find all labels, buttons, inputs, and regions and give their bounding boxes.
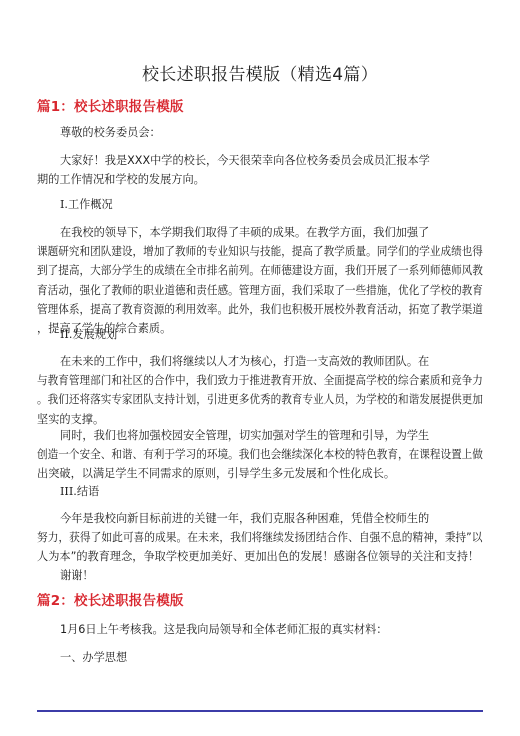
- paragraph-line: 课题研究和团队建设，增加了教师的专业知识与技能，提高了教学质量。同学们的学业成绩…: [37, 242, 460, 261]
- subheading-text: 一、办学思想: [37, 648, 483, 667]
- closing-thanks: 谢谢！: [37, 566, 483, 585]
- document-page: 校长述职报告模版（精选4篇） 篇1：校长述职报告模版 尊敬的校务委员会： 大家好…: [0, 0, 520, 736]
- document-title: 校长述职报告模版（精选4篇）: [0, 64, 520, 86]
- paragraph-line: 同时，我们也将加强校园安全管理，切实加强对学生的管理和引导，为学生: [37, 426, 483, 445]
- subheading-text: 工作概况: [68, 198, 113, 211]
- paragraph-line: 到了提高，大部分学生的成绩在全市排名前列。在师德建设方面，我们开展了一系列师德师…: [37, 261, 460, 280]
- paragraph-line: 努力，获得了如此可喜的成果。在未来，我们将继续发扬团结合作、自强不息的精神，秉持…: [37, 528, 465, 547]
- development-plan-paragraph-1: 在未来的工作中，我们将继续以人才为核心，打造一支高效的教师团队。在 与教育管理部…: [37, 352, 483, 429]
- subheading-number: III.: [60, 485, 77, 498]
- development-plan-paragraph-2: 同时，我们也将加强校园安全管理，切实加强对学生的管理和引导，为学生 创造一个安全…: [37, 426, 483, 484]
- paragraph-line: 期的工作情况和学校的发展方向。: [37, 170, 483, 189]
- section2-subheading: 一、办学思想: [37, 648, 483, 667]
- subheading-number: I.: [60, 198, 68, 211]
- work-overview-paragraph: 在我校的领导下，本学期我们取得了丰硕的成果。在教学方面，我们加强了 课题研究和团…: [37, 223, 483, 338]
- paragraph-line: 与教育管理部门和社区的合作中，我们致力于推进教育开放、全面提高学校的综合素质和竞…: [37, 371, 460, 390]
- section2-intro: 1月6日上午考核我。这是我向局领导和全体老师汇报的真实材料：: [37, 620, 483, 639]
- paragraph-line: 创造一个安全、和谐、有利于学习的环境。我们也会继续深化本校的特色教育，在课程设置…: [37, 445, 460, 464]
- subheading-text: 发展规划: [72, 328, 117, 341]
- salutation: 尊敬的校务委员会：: [37, 123, 483, 142]
- conclusion-paragraph: 今年是我校向新目标前进的关键一年，我们克服各种困难，凭借全校师生的 努力，获得了…: [37, 509, 483, 567]
- paragraph-line: 1月6日上午考核我。这是我向局领导和全体老师汇报的真实材料：: [37, 620, 483, 639]
- salutation-line: 尊敬的校务委员会：: [37, 123, 483, 142]
- paragraph-line: 人为本”的教育理念，争取学校更加美好、更加出色的发展！感谢各位领导的关注和支持！: [37, 547, 483, 566]
- section-heading-2: 篇2：校长述职报告模版: [37, 592, 184, 610]
- paragraph-line: 在未来的工作中，我们将继续以人才为核心，打造一支高效的教师团队。在: [37, 352, 483, 371]
- closing-line: 谢谢！: [37, 566, 483, 585]
- paragraph-line: 管理体系，提高了教育资源的利用效率。此外，我们也积极开展校外教育活动，拓宽了教学…: [37, 300, 460, 319]
- section-heading-1: 篇1：校长述职报告模版: [37, 98, 184, 116]
- subheading-text: 结语: [77, 485, 99, 498]
- subheading-work-overview: I.工作概况: [60, 196, 113, 214]
- paragraph-line: 大家好！我是XXX中学的校长，今天很荣幸向各位校务委员会成员汇报本学: [37, 151, 483, 170]
- paragraph-line: 育活动，强化了教师的职业道德和责任感。管理方面，我们采取了一些措施，优化了学校的…: [37, 281, 460, 300]
- intro-paragraph: 大家好！我是XXX中学的校长，今天很荣幸向各位校务委员会成员汇报本学 期的工作情…: [37, 151, 483, 189]
- paragraph-line: 出突破，以满足学生不同需求的原则，引导学生多元发展和个性化成长。: [37, 464, 483, 483]
- paragraph-line: 今年是我校向新目标前进的关键一年，我们克服各种困难，凭借全校师生的: [37, 509, 483, 528]
- subheading-conclusion: III.结语: [60, 483, 99, 501]
- footer-divider: [37, 710, 483, 712]
- subheading-development-plan: II.发展规划: [60, 326, 117, 344]
- subheading-number: II.: [60, 328, 72, 341]
- paragraph-line: 在我校的领导下，本学期我们取得了丰硕的成果。在教学方面，我们加强了: [37, 223, 483, 242]
- paragraph-line: 。我们还将落实专家团队支持计划，引进更多优秀的教育专业人员，为学校的和谐发展提供…: [37, 390, 460, 409]
